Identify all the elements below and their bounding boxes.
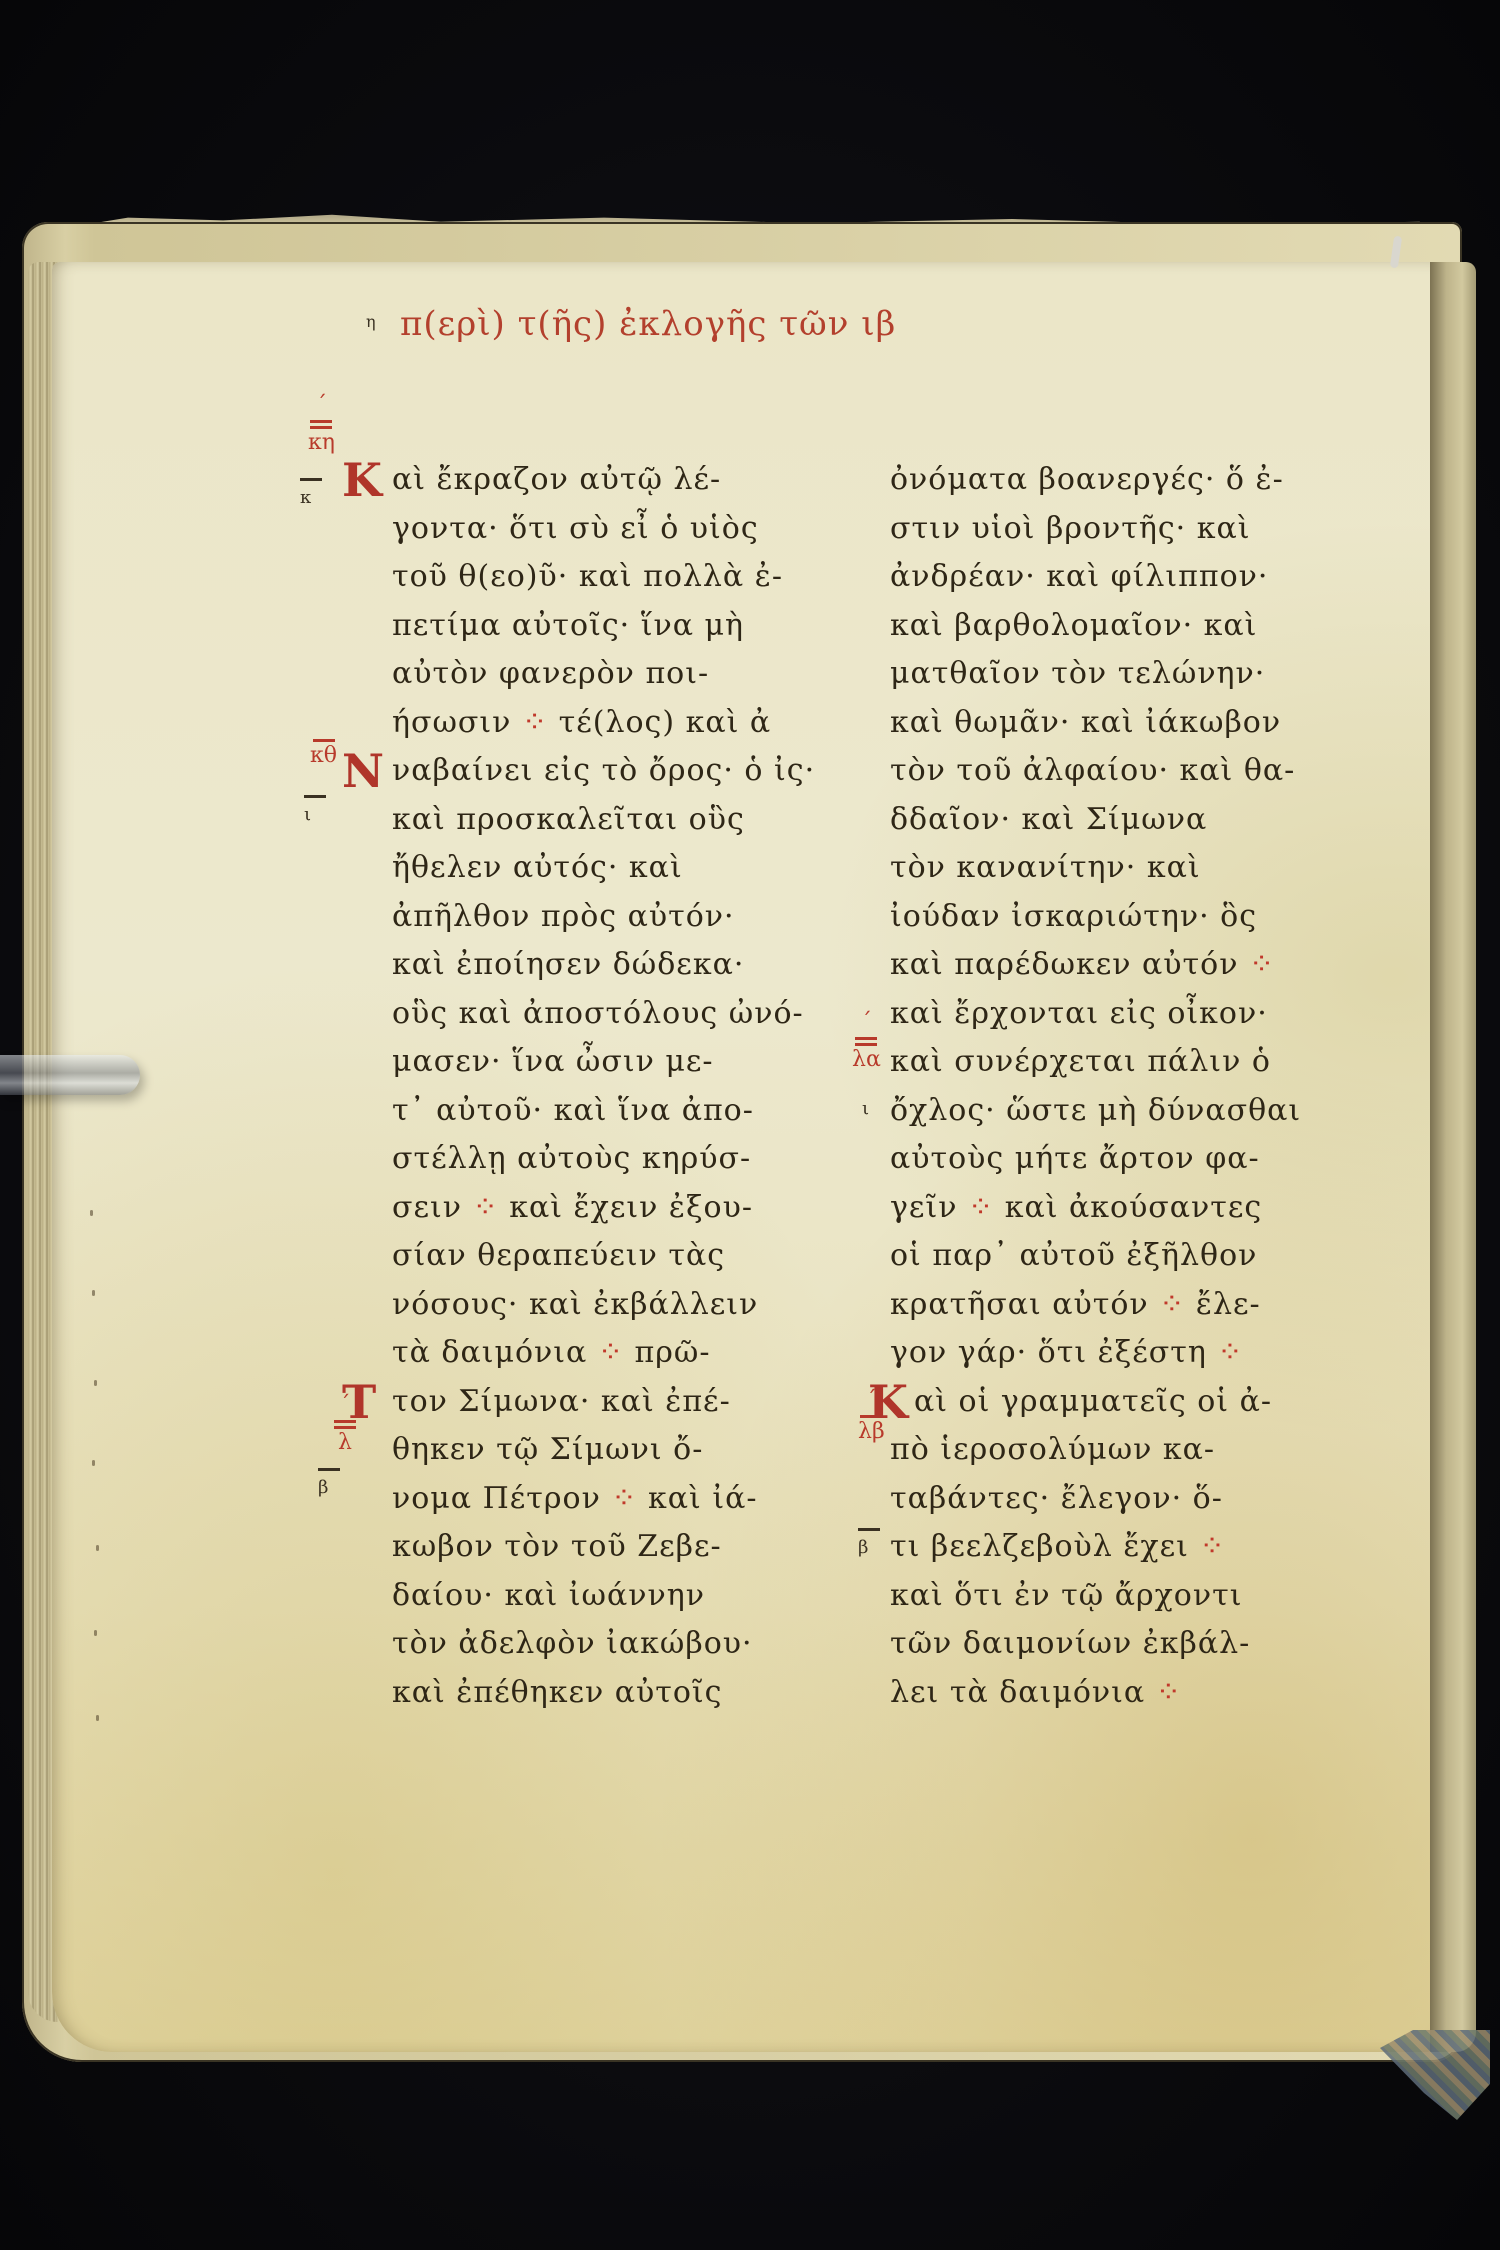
running-header: η π(ερὶ) τ(ῆς) ἐκλογῆς τῶν ιβ [360,296,780,356]
line-text: σίαν θεραπεύειν τὰς [392,1238,725,1273]
red-punctuation: ⁘ [1249,947,1275,982]
red-punctuation: ⁘ [1159,1287,1185,1322]
line-text: κρατῆσαι αὐτόν ⁘ ἔλε- [890,1287,1261,1322]
canon-number: ι [304,804,311,825]
margin-section-29: κθ [310,736,337,767]
line-text: καὶ προσκαλεῖται οὓς [392,802,745,837]
line-text: οὓς καὶ ἀποστόλους ὠνό- [392,996,804,1031]
binding-gutter [1430,262,1476,2052]
section-number: λ [338,1430,352,1455]
pricking-mark [90,1210,93,1216]
text-line: καὶ βαρθολομαῖον· καὶ [890,602,1410,651]
section-number: κη [308,430,335,455]
text-line: μασεν· ἵνα ὦσιν με- [392,1038,852,1087]
text-line: οὓς καὶ ἀποστόλους ὠνό- [392,990,852,1039]
text-line: καὶ ἐπέθηκεν αὐτοῖς [392,1669,852,1718]
line-text: νόσους· καὶ ἐκβάλλειν [392,1287,758,1322]
line-text: αὶ ἔκραζον αὐτῷ λέ- [392,462,721,497]
line-text: γον γάρ· ὅτι ἐξέστη ⁘ [890,1335,1244,1370]
line-text: τῶν δαιμονίων ἐκβάλ- [890,1626,1250,1661]
line-text: καὶ παρέδωκεν αὐτόν ⁘ [890,947,1275,982]
line-text: αὐτοὺς μήτε ἄρτον φα- [890,1141,1260,1176]
text-line: στέλλῃ αὐτοὺς κηρύσ- [392,1135,852,1184]
line-text: γεῖν ⁘ καὶ ἀκούσαντες [890,1190,1262,1225]
text-line: ὀνόματα βοανεργές· ὅ ἐ- [890,456,1410,505]
margin-section-28: ˊ κη [308,395,335,454]
line-text: πὸ ἱεροσολύμων κα- [890,1432,1215,1467]
line-text: στιν υἱοὶ βροντῆς· καὶ [890,511,1250,546]
text-line: σίαν θεραπεύειν τὰς [392,1232,852,1281]
line-text: τὸν κανανίτην· καὶ [890,850,1201,885]
text-line: καὶ θωμᾶν· καὶ ἰάκωβον [890,699,1410,748]
line-text: ταβάντες· ἔλεγον· ὅ- [890,1481,1223,1516]
margin-canon-28: κ [300,478,322,508]
line-text: τοῦ θ(εο)ῦ· καὶ πολλὰ ἐ- [392,559,783,594]
line-text: ἀπῆλθον πρὸς αὐτόν· [392,899,735,934]
text-line: δαίου· καὶ ἰωάννην [392,1572,852,1621]
line-text: καὶ συνέρχεται πάλιν ὁ [890,1044,1271,1079]
pricking-mark [96,1545,99,1551]
text-line: τὸν ἀδελφὸν ἰακώβου· [392,1620,852,1669]
canon-number: β [858,1537,868,1558]
text-line: κρατῆσαι αὐτόν ⁘ ἔλε- [890,1281,1410,1330]
margin-canon-32: β [858,1528,880,1558]
red-punctuation: ⁘ [1217,1335,1243,1370]
canon-number: κ [300,487,311,508]
quire-signature: η [366,312,376,331]
rubricated-initial: Ν [342,743,385,799]
text-line: ταβάντες· ἔλεγον· ὅ- [890,1475,1410,1524]
line-text: ὀνόματα βοανεργές· ὅ ἐ- [890,462,1284,497]
line-text: δαίου· καὶ ἰωάννην [392,1578,705,1613]
red-punctuation: ⁘ [598,1335,624,1370]
text-line: Καὶ ἔκραζον αὐτῷ λέ- [392,456,852,505]
text-line: θηκεν τῷ Σίμωνι ὄ- [392,1426,852,1475]
text-line: αὐτοὺς μήτε ἄρτον φα- [890,1135,1410,1184]
text-line: Νναβαίνει εἰς τὸ ὄρος· ὁ ἰς· [392,747,852,796]
line-text: τὰ δαιμόνια ⁘ πρῶ- [392,1335,710,1370]
text-line: λει τὰ δαιμόνια ⁘ [890,1669,1410,1718]
line-text: καὶ θωμᾶν· καὶ ἰάκωβον [890,705,1281,740]
margin-canon-31: ι [862,1098,869,1119]
text-line: πετίμα αὐτοῖς· ἵνα μὴ [392,602,852,651]
line-text: λει τὰ δαιμόνια ⁘ [890,1675,1182,1710]
text-line: δδαῖον· καὶ Σίμωνα [890,796,1410,845]
text-column-right: ὀνόματα βοανεργές· ὅ ἐ- στιν υἱοὶ βροντῆ… [890,456,1410,1717]
text-line: καὶ προσκαλεῖται οὓς [392,796,852,845]
pricking-mark [94,1380,97,1386]
line-text: νομα Πέτρον ⁘ καὶ ἰά- [392,1481,758,1516]
text-line: ήσωσιν ⁘ τέ(λος) καὶ ἀ [392,699,852,748]
text-line: γεῖν ⁘ καὶ ἀκούσαντες [890,1184,1410,1233]
text-line: αὐτὸν φανερὸν ποι- [392,650,852,699]
red-punctuation: ⁘ [522,705,548,740]
text-line: ἀπῆλθον πρὸς αὐτόν· [392,893,852,942]
line-text: τι βεελζεβοὺλ ἔχει ⁘ [890,1529,1226,1564]
text-line: κωβον τὸν τοῦ Ζεβε- [392,1523,852,1572]
line-text: ἀνδρέαν· καὶ φίλιππον· [890,559,1268,594]
text-line: πὸ ἱεροσολύμων κα- [890,1426,1410,1475]
line-text: ήσωσιν ⁘ τέ(λος) καὶ ἀ [392,705,771,740]
line-text: καὶ ἐποίησεν δώδεκα· [392,947,744,982]
line-text: τον Σίμωνα· καὶ ἐπέ- [392,1384,731,1419]
pricking-mark [92,1290,95,1296]
text-line: ἰούδαν ἰσκαριώτην· ὃς [890,893,1410,942]
text-line: καὶ παρέδωκεν αὐτόν ⁘ [890,941,1410,990]
red-punctuation: ⁘ [968,1190,994,1225]
line-text: τὸν ἀδελφὸν ἰακώβου· [392,1626,753,1661]
pricking-mark [92,1460,95,1466]
red-punctuation: ⁘ [1199,1529,1225,1564]
margin-section-31: ˊ λα [852,1012,881,1071]
section-number: λα [852,1047,881,1072]
line-text: πετίμα αὐτοῖς· ἵνα μὴ [392,608,744,643]
line-text: ἰούδαν ἰσκαριώτην· ὃς [890,899,1257,934]
text-line: νόσους· καὶ ἐκβάλλειν [392,1281,852,1330]
canon-number: ι [862,1098,869,1119]
text-line: γοντα· ὅτι σὺ εἶ ὁ υἱὸς [392,505,852,554]
text-line: στιν υἱοὶ βροντῆς· καὶ [890,505,1410,554]
line-text: δδαῖον· καὶ Σίμωνα [890,802,1207,837]
rubricated-initial: Τ [342,1374,377,1430]
line-text: οἱ παρ᾽ αὐτοῦ ἐξῆλθον [890,1238,1257,1273]
margin-canon-29: ι [304,795,326,825]
red-punctuation: ⁘ [1156,1675,1182,1710]
text-line: τὸν τοῦ ἀλφαίου· καὶ θα- [890,747,1410,796]
text-line: ἤθελεν αὐτός· καὶ [392,844,852,893]
line-text: στέλλῃ αὐτοὺς κηρύσ- [392,1141,751,1176]
text-line: ἀνδρέαν· καὶ φίλιππον· [890,553,1410,602]
rubricated-initial: Κ [342,452,383,508]
pricking-mark [94,1630,97,1636]
line-text: καὶ ὅτι ἐν τῷ ἄρχοντι [890,1578,1242,1613]
text-line: ὄχλος· ὥστε μὴ δύνασθαι [890,1087,1410,1136]
line-text: αὐτὸν φανερὸν ποι- [392,656,709,691]
text-line: καὶ ἔρχονται εἰς οἶκον· [890,990,1410,1039]
line-text: τ᾽ αὐτοῦ· καὶ ἵνα ἀπο- [392,1093,754,1128]
line-text: καὶ βαρθολομαῖον· καὶ [890,608,1257,643]
text-line: καὶ ἐποίησεν δώδεκα· [392,941,852,990]
text-line: σειν ⁘ καὶ ἔχειν ἐξου- [392,1184,852,1233]
line-text: μασεν· ἵνα ὦσιν με- [392,1044,714,1079]
page-holder-clip [0,1055,140,1095]
text-line: τι βεελζεβοὺλ ἔχει ⁘ [890,1523,1410,1572]
line-text: καὶ ἔρχονται εἰς οἶκον· [890,996,1268,1031]
text-line: καὶ ὅτι ἐν τῷ ἄρχοντι [890,1572,1410,1621]
pricking-mark [96,1715,99,1721]
line-text: γοντα· ὅτι σὺ εἶ ὁ υἱὸς [392,511,759,546]
line-text: ἤθελεν αὐτός· καὶ [392,850,683,885]
text-line: τὰ δαιμόνια ⁘ πρῶ- [392,1329,852,1378]
text-line: γον γάρ· ὅτι ἐξέστη ⁘ [890,1329,1410,1378]
red-punctuation: ⁘ [473,1190,499,1225]
line-text: τὸν τοῦ ἀλφαίου· καὶ θα- [890,753,1295,788]
line-text: καὶ ἐπέθηκεν αὐτοῖς [392,1675,722,1710]
red-punctuation: ⁘ [611,1481,637,1516]
text-line: Ττον Σίμωνα· καὶ ἐπέ- [392,1378,852,1427]
line-text: ναβαίνει εἰς τὸ ὄρος· ὁ ἰς· [392,753,815,788]
text-line: οἱ παρ᾽ αὐτοῦ ἐξῆλθον [890,1232,1410,1281]
text-line: Καὶ οἱ γραμματεῖς οἱ ἀ- [890,1378,1410,1427]
text-line: τοῦ θ(εο)ῦ· καὶ πολλὰ ἐ- [392,553,852,602]
running-header-title: π(ερὶ) τ(ῆς) ἐκλογῆς τῶν ιβ [400,304,896,344]
rubricated-initial: Κ [868,1374,909,1430]
text-column-left: Καὶ ἔκραζον αὐτῷ λέ- γοντα· ὅτι σὺ εἶ ὁ … [392,456,852,1717]
text-line: καὶ συνέρχεται πάλιν ὁ [890,1038,1410,1087]
line-text: ματθαῖον τὸν τελώνην· [890,656,1265,691]
text-line: τῶν δαιμονίων ἐκβάλ- [890,1620,1410,1669]
text-line: τὸν κανανίτην· καὶ [890,844,1410,893]
line-text: ὄχλος· ὥστε μὴ δύνασθαι [890,1093,1301,1128]
text-line: νομα Πέτρον ⁘ καὶ ἰά- [392,1475,852,1524]
line-text: κωβον τὸν τοῦ Ζεβε- [392,1529,722,1564]
margin-canon-30: β [318,1468,340,1498]
line-text: αὶ οἱ γραμματεῖς οἱ ἀ- [890,1384,1272,1419]
section-number: κθ [310,743,337,768]
line-text: σειν ⁘ καὶ ἔχειν ἐξου- [392,1190,753,1225]
line-text: θηκεν τῷ Σίμωνι ὄ- [392,1432,703,1467]
canon-number: β [318,1477,328,1498]
text-line: ματθαῖον τὸν τελώνην· [890,650,1410,699]
text-line: τ᾽ αὐτοῦ· καὶ ἵνα ἀπο- [392,1087,852,1136]
